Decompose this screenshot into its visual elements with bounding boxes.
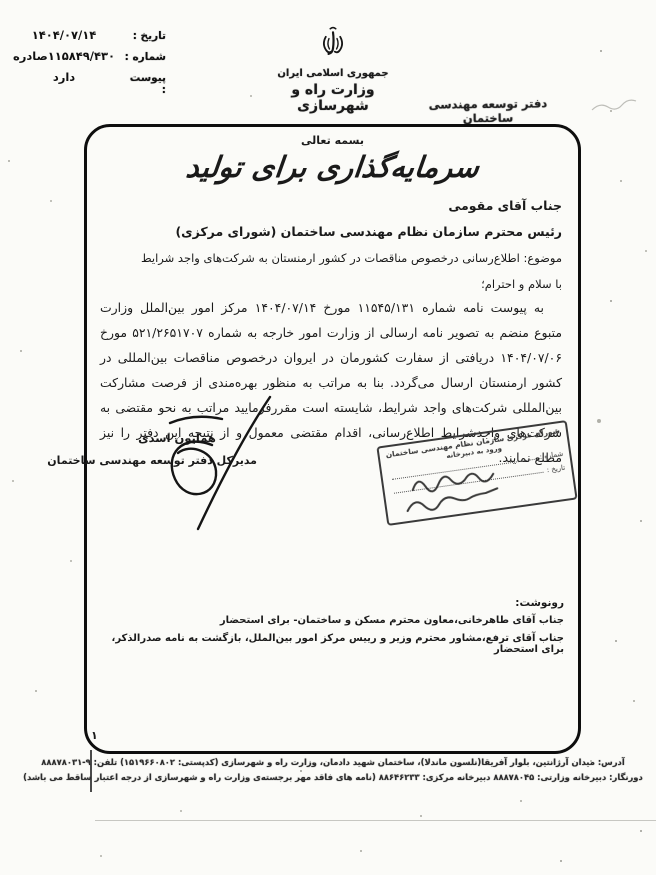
attachment-label: پیوست : [122,72,166,96]
meta-row-date: تاریخ : ۱۴۰۴/۰۷/۱۴ [6,28,166,42]
pen-scribble-mark [588,92,648,118]
cc-item: جناب آقای ترفع،مشاور محترم وزیر و رییس م… [101,633,564,655]
footer-address-line: آدرس: میدان آرژانتین، بلوار آفریقا(نلسون… [20,757,646,767]
ministry-name: وزارت راه و شهرسازی [258,82,408,114]
attachment-value: دارد [6,70,122,84]
country-name: جمهوری اسلامی ایران [258,68,408,79]
year-slogan-calligraphy: سرمایه‌گذاری برای تولید [85,150,580,184]
recipient-name: جناب آقای مقومی [101,198,562,213]
scan-speckles [600,50,602,52]
recipient-block: جناب آقای مقومی رئیس محترم سازمان نظام م… [101,198,562,291]
office-development-stamp: دفتر توسعه مهندسی ساختمان [413,96,563,126]
subject-line: موضوع: اطلاع‌رسانی درخصوص مناقصات در کشو… [101,251,562,265]
cc-block: رونوشت: جناب آقای طاهرخانی،معاون محترم م… [101,597,564,662]
meta-row-number: شماره : ۱۱۵۸۴۹/۴۳۰صادره [6,49,166,63]
letter-body-frame: بسمه تعالی سرمایه‌گذاری برای تولید جناب … [84,124,581,754]
letterhead-meta: تاریخ : ۱۴۰۴/۰۷/۱۴ شماره : ۱۱۵۸۴۹/۴۳۰صاد… [6,28,166,103]
letterhead-emblem-block: جمهوری اسلامی ایران وزارت راه و شهرسازی [258,26,408,114]
handwritten-signature [142,393,297,533]
scan-bottom-rule [95,820,656,821]
date-label: تاریخ : [122,30,166,42]
footer-fax-line: دورنگار: دبیرخانه وزارتی: ۸۸۸۷۸۰۴۵ دبیرخ… [20,772,646,782]
recipient-title: رئیس محترم سازمان نظام مهندسی ساختمان (ش… [101,224,562,239]
meta-row-attachment: پیوست : دارد [6,70,166,96]
iran-allah-emblem-icon [315,26,351,66]
cc-label: رونوشت: [101,597,564,609]
date-value: ۱۴۰۴/۰۷/۱۴ [6,28,122,42]
number-label: شماره : [122,51,166,63]
cc-item: جناب آقای طاهرخانی،معاون محترم مسکن و سا… [101,615,564,626]
page-number: ۱ [91,729,98,742]
besmele-text: بسمه تعالی [87,134,578,147]
salutation-line: با سلام و احترام؛ [101,277,562,291]
number-value: ۱۱۵۸۴۹/۴۳۰صادره [6,49,122,63]
